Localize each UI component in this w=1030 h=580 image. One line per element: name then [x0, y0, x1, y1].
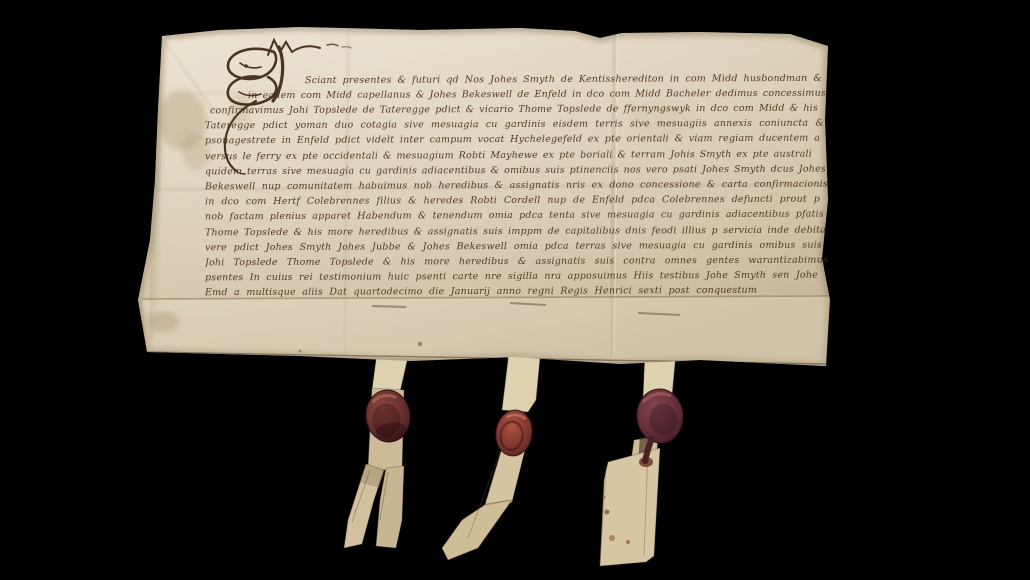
stain-spot — [605, 510, 610, 515]
document-photo: Sciant presentes & futuri qd Nos Johes S… — [0, 0, 1030, 580]
stain-spot — [626, 540, 630, 544]
parchment-texture — [130, 20, 850, 380]
stain-spot — [603, 496, 606, 499]
stain-spot — [609, 535, 615, 541]
photo-canvas — [0, 0, 1030, 580]
